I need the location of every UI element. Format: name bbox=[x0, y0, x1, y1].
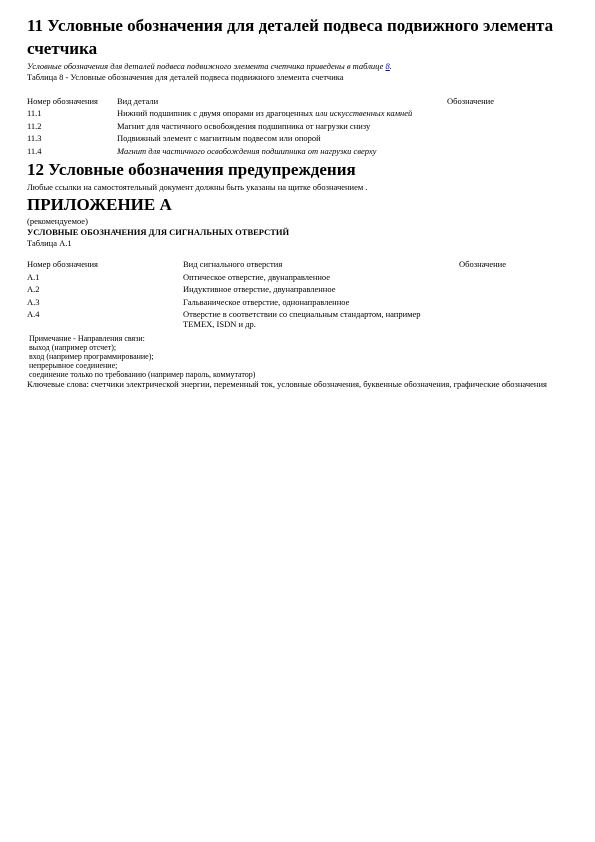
row-number-cell: 11.3 bbox=[27, 133, 117, 143]
part-description-normal: Подвижный элемент с магнитным подвесом и… bbox=[117, 133, 321, 143]
table-a1-caption: Таблица А.1 bbox=[27, 238, 568, 249]
row-number-cell: 11.2 bbox=[27, 121, 117, 131]
symbol-cell bbox=[459, 297, 568, 307]
symbol-cell bbox=[447, 108, 568, 118]
note-line: Примечание - Направления связи: bbox=[29, 334, 568, 343]
appendix-a-title: УСЛОВНЫЕ ОБОЗНАЧЕНИЯ ДЛЯ СИГНАЛЬНЫХ ОТВЕ… bbox=[27, 227, 568, 238]
part-description-normal: Магнит для частичного освобождения подши… bbox=[117, 121, 370, 131]
section-12-heading: 12 Условные обозначения предупреждения bbox=[27, 158, 568, 181]
table-row: 11.1 Нижний подшипник с двумя опорами из… bbox=[27, 108, 568, 118]
part-description-italic: Магнит для частичного освобождения подши… bbox=[117, 146, 376, 156]
document-page: 11 Условные обозначения для деталей подв… bbox=[0, 0, 595, 842]
opening-description-cell: Оптическое отверстие, двунаправленное bbox=[183, 272, 459, 282]
part-description-cell: Магнит для частичного освобождения подши… bbox=[117, 146, 447, 156]
appendix-a-heading: ПРИЛОЖЕНИЕ А bbox=[27, 193, 568, 216]
symbol-cell bbox=[447, 121, 568, 131]
table-row: А.3 Гальваническое отверстие, однонаправ… bbox=[27, 297, 568, 307]
table-row: 11.2 Магнит для частичного освобождения … bbox=[27, 121, 568, 131]
opening-description-cell: Индуктивное отверстие, двунаправленное bbox=[183, 284, 459, 294]
header-symbol: Обозначение bbox=[447, 96, 568, 106]
opening-description-cell: Отверстие в соответствии со специальным … bbox=[183, 309, 459, 329]
header-opening-kind: Вид сигнального отверстия bbox=[183, 259, 459, 269]
part-description-italic: или искусственных камней bbox=[315, 108, 412, 118]
note-line: соединение только по требованию (наприме… bbox=[29, 370, 568, 379]
table-8-caption: Таблица 8 - Условные обозначения для дет… bbox=[27, 72, 568, 83]
part-description-normal: Нижний подшипник с двумя опорами из драг… bbox=[117, 108, 315, 118]
table-8: Номер обозначения Вид детали Обозначение… bbox=[27, 96, 568, 156]
note-block: Примечание - Направления связи: выход (н… bbox=[27, 334, 568, 379]
row-number-cell: А.4 bbox=[27, 309, 183, 329]
table-8-header-row: Номер обозначения Вид детали Обозначение bbox=[27, 96, 568, 106]
row-number-cell: 11.1 bbox=[27, 108, 117, 118]
keywords-paragraph: Ключевые слова: счетчики электрической э… bbox=[27, 379, 568, 390]
part-description-cell: Нижний подшипник с двумя опорами из драг… bbox=[117, 108, 447, 118]
header-number: Номер обозначения bbox=[27, 96, 117, 106]
symbol-cell bbox=[447, 146, 568, 156]
header-number: Номер обозначения bbox=[27, 259, 183, 269]
note-line: выход (например отсчет); bbox=[29, 343, 568, 352]
section-11-intro: Условные обозначения для деталей подвеса… bbox=[27, 61, 568, 72]
symbol-cell bbox=[447, 133, 568, 143]
intro-text-before: Условные обозначения для деталей подвеса… bbox=[27, 61, 386, 71]
table-row: А.1 Оптическое отверстие, двунаправленно… bbox=[27, 272, 568, 282]
table-row: А.2 Индуктивное отверстие, двунаправленн… bbox=[27, 284, 568, 294]
opening-description-cell: Гальваническое отверстие, однонаправленн… bbox=[183, 297, 459, 307]
section-12-body: Любые ссылки на самостоятельный документ… bbox=[27, 182, 568, 193]
table-a1-header-row: Номер обозначения Вид сигнального отверс… bbox=[27, 259, 568, 269]
symbol-cell bbox=[459, 272, 568, 282]
note-line: вход (например программирование); bbox=[29, 352, 568, 361]
header-part-kind: Вид детали bbox=[117, 96, 447, 106]
section-11-heading: 11 Условные обозначения для деталей подв… bbox=[27, 14, 568, 61]
table-row: 11.3 Подвижный элемент с магнитным подве… bbox=[27, 133, 568, 143]
table-a1: Номер обозначения Вид сигнального отверс… bbox=[27, 259, 568, 329]
row-number-cell: 11.4 bbox=[27, 146, 117, 156]
table-row: 11.4 Магнит для частичного освобождения … bbox=[27, 146, 568, 156]
symbol-cell bbox=[459, 309, 568, 329]
table-row: А.4 Отверстие в соответствии со специаль… bbox=[27, 309, 568, 329]
row-number-cell: А.3 bbox=[27, 297, 183, 307]
row-number-cell: А.1 bbox=[27, 272, 183, 282]
header-symbol: Обозначение bbox=[459, 259, 568, 269]
row-number-cell: А.2 bbox=[27, 284, 183, 294]
note-line: непрерывное соединение; bbox=[29, 361, 568, 370]
symbol-cell bbox=[459, 284, 568, 294]
part-description-cell: Магнит для частичного освобождения подши… bbox=[117, 121, 447, 131]
part-description-cell: Подвижный элемент с магнитным подвесом и… bbox=[117, 133, 447, 143]
appendix-a-subtitle: (рекомендуемое) bbox=[27, 216, 568, 227]
intro-text-after: . bbox=[390, 61, 392, 71]
